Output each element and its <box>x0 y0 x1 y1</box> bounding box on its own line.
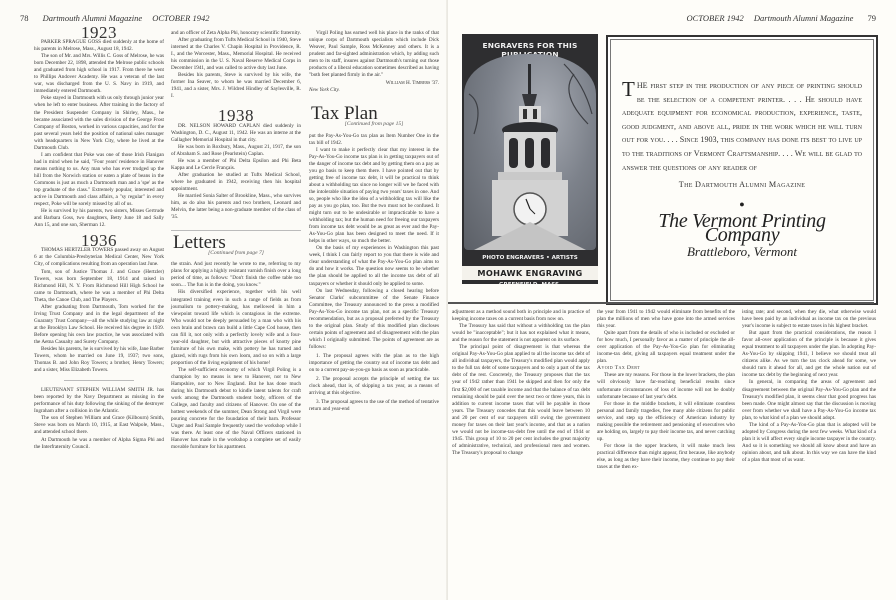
article-paragraph: For those in the upper brackets, it will… <box>597 443 735 471</box>
divider <box>64 380 134 381</box>
article-subhead: Avoid Tax Debt <box>597 365 735 372</box>
left-running-head: 78 Dartmouth Alumni Magazine OCTOBER 194… <box>20 13 209 23</box>
bullet-icon: ● <box>622 198 862 212</box>
article-paragraph: On the basis of my experiences in Washin… <box>309 245 439 287</box>
ad-bottom-rule <box>448 302 874 304</box>
left-col-2: and an officer of Zeta Alpha Phi, honora… <box>171 30 301 452</box>
left-col-3: Virgil Poling has earned well his place … <box>309 30 439 413</box>
tax-plan-heading: Tax Plan <box>311 110 439 117</box>
letter-city: New York City. <box>309 87 439 94</box>
article-paragraph: The Treasury has said that without a wit… <box>452 323 590 344</box>
letter-paragraph: His diversified experience, together wit… <box>171 289 301 367</box>
page-number: 78 <box>20 13 29 23</box>
article-paragraph: For those in the middle brackets, it wil… <box>597 401 735 443</box>
agreement-points-list: 1. The proposal agrees with the plan as … <box>309 353 439 413</box>
magazine-title: Dartmouth Alumni Magazine <box>43 13 142 23</box>
vermont-printing-ad: THE first step in the production of any … <box>606 35 878 305</box>
obit-paragraph: After graduation he studied at Tufts Med… <box>171 172 301 193</box>
letter-paragraph: The self-sufficient economy of which Vir… <box>171 367 301 452</box>
clock-tower-icon <box>464 54 596 250</box>
issue-date: OCTOBER 1942 <box>687 13 744 23</box>
letter-paragraph: the strain. And just recently he wrote t… <box>171 261 301 289</box>
obit-paragraph: After graduating from Tufts Medical Scho… <box>171 37 301 72</box>
letter-paragraph: Virgil Poling has earned well his place … <box>309 30 439 79</box>
left-col-1: 1923 PARKER SPRAGUE GOSS died suddenly a… <box>34 27 164 451</box>
ad-magazine-name: The Dartmouth Alumni Magazine <box>622 178 862 192</box>
obit-paragraph: and an officer of Zeta Alpha Phi, honora… <box>171 30 301 37</box>
article-paragraph: the year from 1941 to 1942 would elimina… <box>597 309 735 330</box>
obit-paragraph: He was a member of Phi Delta Epsilon and… <box>171 158 301 172</box>
left-page-78: 78 Dartmouth Alumni Magazine OCTOBER 194… <box>0 0 448 600</box>
list-item: 1. The proposal agrees with the plan as … <box>309 353 439 374</box>
obit-paragraph: THOMAS HERTZLER TOWERS passed away on Au… <box>34 247 164 268</box>
article-paragraph: But apart from the practical considerati… <box>742 330 876 379</box>
right-col-1: adjustment as a method sound both in pri… <box>452 309 590 457</box>
ad-printer-name: The Vermont Printing Company <box>622 215 862 242</box>
article-paragraph: These are my reasons. For those in the l… <box>597 372 735 400</box>
page-number: 79 <box>868 13 877 23</box>
obit-paragraph: Tom, son of Justice Thomas J. and Grace … <box>34 269 164 304</box>
divider <box>171 230 301 231</box>
obit-paragraph: He was born in Roxbury, Mass., August 21… <box>171 144 301 158</box>
article-paragraph: In general, in comparing the areas of ag… <box>742 379 876 421</box>
article-paragraph: I want to make it perfectly clear that m… <box>309 147 439 246</box>
ad-body-text: HE first step in the production of any p… <box>622 81 862 172</box>
article-paragraph: The kind of a Pay-As-You-Go plan that is… <box>742 422 876 464</box>
ad-tagline: PHOTO ENGRAVERS • ARTISTS <box>462 255 598 261</box>
ad-location: GREENFIELD, MASS. <box>462 282 598 284</box>
article-paragraph: On last Wednesday, following a closed he… <box>309 288 439 351</box>
article-paragraph: put the Pay-As-You-Go tax plan as Item N… <box>309 133 439 147</box>
class-year-heading: 1938 <box>171 112 301 119</box>
article-paragraph: isting rate; and second, when they die, … <box>742 309 876 330</box>
letters-heading: Letters <box>173 239 301 246</box>
article-paragraph: Quite apart from the details of who is i… <box>597 330 735 365</box>
list-item: 3. The proposal agrees to the use of the… <box>309 399 439 413</box>
obit-paragraph: Besides his parents, Steve is survived b… <box>171 72 301 100</box>
obit-paragraph: Poke stayed in Dartmouth with us only th… <box>34 95 164 151</box>
issue-date: OCTOBER 1942 <box>152 13 209 23</box>
ad-company-name: MOHAWK ENGRAVING CO.INC. <box>462 266 598 280</box>
right-col-2: the year from 1941 to 1942 would elimina… <box>597 309 735 471</box>
article-paragraph: The principal point of disagreement is t… <box>452 344 590 457</box>
obit-paragraph: At Dartmouth he was a member of Alpha Si… <box>34 437 164 451</box>
baker-tower-photo <box>464 54 596 250</box>
obit-paragraph: LIEUTENANT STEPHEN WILLIAM SMITH JR. has… <box>34 387 164 415</box>
ad-printer-city: Brattleboro, Vermont <box>622 245 862 259</box>
mohawk-engraving-ad: ENGRAVERS FOR THIS PUBLICATION PHOTO ENG… <box>462 34 598 284</box>
obit-paragraph: I am confident that Poke was one of thos… <box>34 152 164 208</box>
obit-paragraph: The son of Stephen William and Grace (Ki… <box>34 415 164 436</box>
ad-body: THE first step in the production of any … <box>622 79 862 258</box>
right-running-head: OCTOBER 1942 Dartmouth Alumni Magazine 7… <box>687 13 876 23</box>
obit-paragraph: He married Sonia Salter of Brookline, Ma… <box>171 193 301 221</box>
obit-paragraph: After graduating from Dartmouth, Tom wor… <box>34 304 164 346</box>
class-year-heading: 1936 <box>34 237 164 244</box>
obit-paragraph: Besides his parents, he is survived by h… <box>34 346 164 374</box>
letter-signature: William H. Timbers '37. <box>309 80 439 87</box>
obit-paragraph: The son of Mr. and Mrs. Willis C. Goss o… <box>34 53 164 95</box>
obit-paragraph: He is survived by his parents, two siste… <box>34 208 164 229</box>
drop-cap: T <box>622 80 635 98</box>
magazine-title: Dartmouth Alumni Magazine <box>754 13 853 23</box>
right-col-3: isting rate; and second, when they die, … <box>742 309 876 464</box>
obit-paragraph: DR. NELSON HOWARD CAPLAN died suddenly i… <box>171 123 301 144</box>
article-paragraph: adjustment as a method sound both in pri… <box>452 309 590 323</box>
list-item: 2. The proposal accepts the principle of… <box>309 376 439 397</box>
class-year-heading: 1923 <box>34 29 164 36</box>
obit-paragraph: PARKER SPRAGUE GOSS died suddenly at the… <box>34 39 164 53</box>
